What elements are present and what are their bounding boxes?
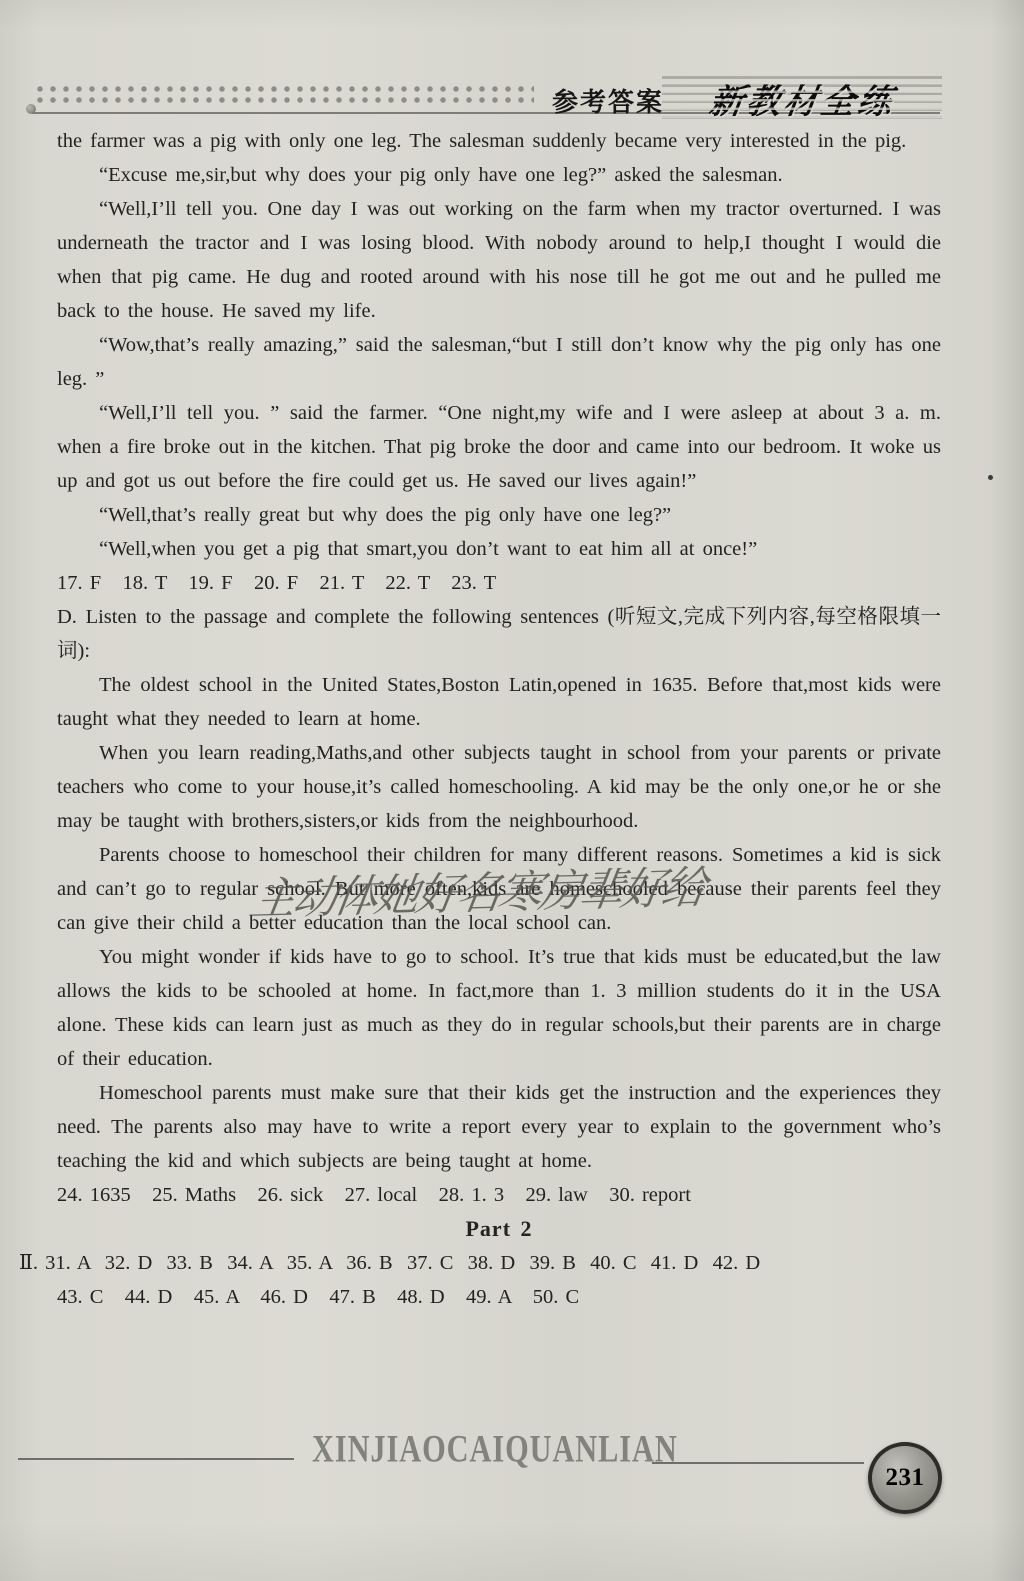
page-footer: XINJIAOCAIQUANLIAN 231 <box>0 1430 1024 1520</box>
footer-series-name: XINJIAOCAIQUANLIAN <box>312 1429 634 1473</box>
answer-row-24-30: 24. 1635 25. Maths 26. sick 27. local 28… <box>57 1178 941 1212</box>
handwritten-annotation: 主动体她好名寒房辈好给 <box>249 867 656 924</box>
footer-rule-left <box>18 1458 294 1460</box>
paragraph-dialogue: “Well,I’ll tell you. One day I was out w… <box>57 192 941 328</box>
paragraph-dialogue: “Excuse me,sir,but why does your pig onl… <box>57 158 941 192</box>
paragraph-passage: When you learn reading,Maths,and other s… <box>57 736 941 838</box>
content: the farmer was a pig with only one leg. … <box>57 124 941 1314</box>
paragraph-dialogue: “Well,that’s really great but why does t… <box>57 498 941 532</box>
paragraph-passage: Homeschool parents must make sure that t… <box>57 1076 941 1178</box>
scanned-page-background: 参考答案 新教材全练 the farmer was a pig with onl… <box>0 0 1024 1581</box>
footer-rule-right <box>652 1462 864 1464</box>
paragraph-passage: The oldest school in the United States,B… <box>57 668 941 736</box>
paragraph-dialogue: “Well,I’ll tell you. ” said the farmer. … <box>57 396 941 498</box>
paragraph-story-continuation: the farmer was a pig with only one leg. … <box>57 124 941 158</box>
page-number: 231 <box>886 1464 925 1492</box>
section-d-heading: D. Listen to the passage and complete th… <box>57 600 941 668</box>
ink-speck <box>988 475 993 480</box>
answer-row-31-50: Ⅱ. 31. A 32. D 33. B 34. A 35. A 36. B 3… <box>19 1246 941 1314</box>
paragraph-dialogue: “Wow,that’s really amazing,” said the sa… <box>57 328 941 396</box>
series-logo-text: 新教材全练 <box>706 74 898 123</box>
header-section-label: 参考答案 <box>552 82 664 119</box>
series-logo: 新教材全练 <box>662 76 942 120</box>
page-header: 参考答案 新教材全练 <box>0 76 1024 128</box>
paragraph-dialogue: “Well,when you get a pig that smart,you … <box>57 532 941 566</box>
part-2-heading: Part 2 <box>57 1212 941 1246</box>
paragraph-passage: You might wonder if kids have to go to s… <box>57 940 941 1076</box>
page-number-badge: 231 <box>868 1442 942 1514</box>
dotted-ornament <box>36 84 534 106</box>
answer-row-17-23: 17. F 18. T 19. F 20. F 21. T 22. T 23. … <box>57 566 941 600</box>
